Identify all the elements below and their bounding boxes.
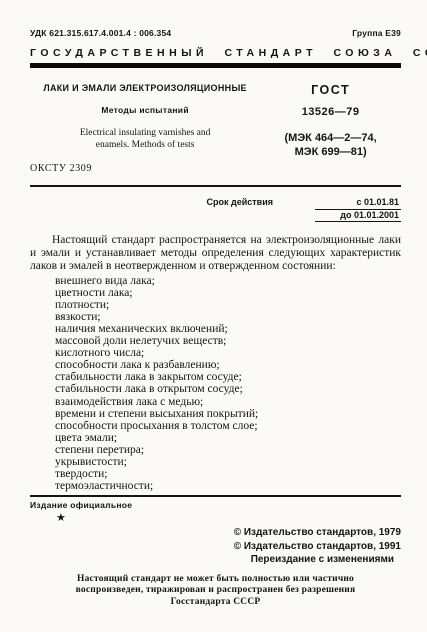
list-item: стабильности лака в закрытом сосуде; <box>55 371 401 383</box>
list-item: массовой доли нелетучих веществ; <box>55 335 401 347</box>
validity-block: Срок действия с 01.01.81 до 01.01.2001 <box>30 197 401 222</box>
list-item: наличия механических включений; <box>55 323 401 335</box>
list-item: взаимодействия лака с медью; <box>55 396 401 408</box>
iec-reference-line2: МЭК 699—81) <box>260 146 401 160</box>
list-item: цветности лака; <box>55 287 401 299</box>
title-column: ЛАКИ И ЭМАЛИ ЭЛЕКТРОИЗОЛЯЦИОННЫЕ Методы … <box>30 83 260 159</box>
intro-paragraph: Настоящий стандарт распространяется на э… <box>30 234 401 274</box>
subtitle-russian: Методы испытаний <box>36 105 254 115</box>
header-rule <box>30 63 401 68</box>
udk-number: УДК 621.315.617.4.001.4 : 006.354 <box>30 28 171 38</box>
list-item: термоэластичности; <box>55 480 401 492</box>
divider-rule <box>30 185 401 187</box>
list-item: стабильности лака в открытом сосуде; <box>55 383 401 395</box>
reissue-note: Переиздание с изменениями <box>30 553 401 567</box>
validity-from: с 01.01.81 <box>315 197 401 210</box>
iec-reference: (МЭК 464—2—74, МЭК 699—81) <box>260 132 401 159</box>
list-item: кислотного числа; <box>55 347 401 359</box>
validity-dates: с 01.01.81 до 01.01.2001 <box>315 197 401 222</box>
notice-line2: воспроизведен, тиражирован и распростран… <box>30 585 401 597</box>
notice-line3: Госстандарта СССР <box>30 597 401 609</box>
standard-org-header: ГОСУДАРСТВЕННЫЙ СТАНДАРТ СОЮЗА ССР <box>30 47 401 59</box>
list-item: способности лака к разбавлению; <box>55 359 401 371</box>
classification-row: УДК 621.315.617.4.001.4 : 006.354 Группа… <box>30 28 401 38</box>
list-item: укрывистости; <box>55 456 401 468</box>
title-english: Electrical insulating varnishes and enam… <box>36 128 254 151</box>
list-item: степени перетира; <box>55 444 401 456</box>
list-item: твердости; <box>55 468 401 480</box>
validity-label: Срок действия <box>207 197 273 222</box>
group-label: Группа Е39 <box>352 28 401 38</box>
copy-restriction-notice: Настоящий стандарт не может быть полност… <box>30 574 401 609</box>
edition-official-label: Издание официальное <box>30 500 401 510</box>
footer-rule <box>30 495 401 497</box>
gost-number: 13526—79 <box>260 106 401 118</box>
list-item: внешнего вида лака; <box>55 275 401 287</box>
list-item: цвета эмали; <box>55 432 401 444</box>
iec-reference-line1: (МЭК 464—2—74, <box>260 132 401 146</box>
characteristics-list: внешнего вида лака; цветности лака; плот… <box>30 275 401 493</box>
list-item: вязкости; <box>55 311 401 323</box>
copyright-block: © Издательство стандартов, 1979 © Издате… <box>30 526 401 567</box>
okstu-code: ОКСТУ 2309 <box>30 163 401 174</box>
notice-line1: Настоящий стандарт не может быть полност… <box>30 574 401 586</box>
list-item: времени и степени высыхания покрытий; <box>55 408 401 420</box>
document-page: УДК 621.315.617.4.001.4 : 006.354 Группа… <box>0 0 427 632</box>
designation-column: ГОСТ 13526—79 (МЭК 464—2—74, МЭК 699—81) <box>260 83 401 159</box>
title-block: ЛАКИ И ЭМАЛИ ЭЛЕКТРОИЗОЛЯЦИОННЫЕ Методы … <box>30 83 401 159</box>
copyright-1991: © Издательство стандартов, 1991 <box>30 540 401 554</box>
edition-star-icon: ★ <box>56 511 401 524</box>
list-item: плотности; <box>55 299 401 311</box>
title-english-line2: enamels. Methods of tests <box>36 140 254 152</box>
validity-to: до 01.01.2001 <box>315 210 401 223</box>
title-russian: ЛАКИ И ЭМАЛИ ЭЛЕКТРОИЗОЛЯЦИОННЫЕ <box>36 83 254 93</box>
title-english-line1: Electrical insulating varnishes and <box>36 128 254 140</box>
list-item: способности просыхания в толстом слое; <box>55 420 401 432</box>
copyright-1979: © Издательство стандартов, 1979 <box>30 526 401 540</box>
gost-label: ГОСТ <box>260 83 401 97</box>
